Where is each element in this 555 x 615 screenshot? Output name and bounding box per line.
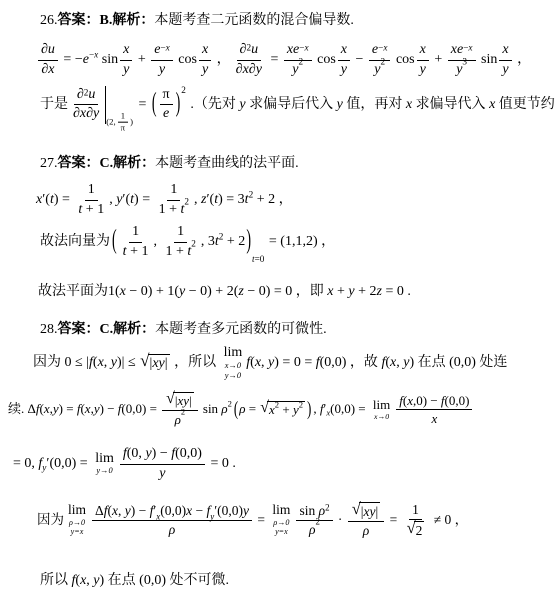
formula-27-normal-plane: 故法平面为1(x − 0) + 1(y − 0) + 2(z − 0) = 0 … [38, 283, 411, 301]
math-limit: limρ→0y=x [68, 503, 86, 537]
math-text: π [121, 123, 125, 132]
problem-27-header: 27.答案：C.解析：本题考查曲线的法平面. [40, 155, 299, 173]
math-variable: xe [287, 42, 299, 59]
limit-condition: x→0 [225, 361, 241, 371]
math-text: ) 在点 (0,0) 处连 [409, 354, 507, 372]
math-text: .（先对 [187, 96, 240, 114]
math-text: 求偏导后代入 [246, 96, 337, 114]
math-text: ) [130, 116, 133, 127]
math-text: + 2 [223, 233, 245, 251]
math-text: 2 [299, 399, 303, 409]
fraction-numerator: 1 [167, 182, 180, 201]
math-text: 3 [462, 56, 467, 66]
math-text: = [267, 51, 282, 69]
math-paren-group: (ρ = √x2 + y2) [233, 401, 313, 418]
math-superscript: 3 [462, 56, 467, 67]
math-text: , [104, 354, 111, 372]
math-variable: x [468, 42, 472, 52]
math-text: ′( [42, 191, 50, 209]
math-text: )| ≤ [117, 354, 139, 372]
math-superscript: −x [463, 42, 472, 53]
fraction-numerator: π [160, 87, 173, 106]
math-text: 故法向量为 [40, 233, 110, 251]
math-text: , [194, 191, 201, 209]
math-text: + 2 [355, 283, 377, 301]
math-fraction: √|xy|ρ [348, 502, 384, 538]
math-text: ′(0,0) [214, 503, 243, 519]
math-fraction: ∂2u∂x∂y [70, 87, 102, 123]
fraction-denominator: y [156, 465, 168, 483]
math-text: = (1,1,2) ， [265, 233, 335, 251]
evaluation-bar: (2,1π) [105, 86, 133, 124]
radicand: |xy| [359, 502, 380, 520]
math-text: 27. [40, 155, 58, 173]
math-text: | [165, 356, 168, 372]
math-text: ) = [134, 191, 154, 209]
math-text: (0,0) ，故 [320, 354, 382, 372]
math-text: = 0 . [207, 455, 236, 473]
math-text: + [333, 283, 348, 301]
fraction-denominator: y [156, 61, 168, 79]
math-text: (2, [106, 116, 115, 127]
math-text: 2 [315, 516, 319, 526]
math-text: 值，再对 [343, 96, 406, 114]
formula-28-differentiability-limit: 因为limρ→0y=xΔf(x, y) − f′x(0,0)x − fy′(0,… [37, 502, 468, 538]
math-sqrt: √|xy| [140, 354, 169, 372]
math-variable: x [383, 42, 387, 52]
math-text: ) = 3 [218, 191, 245, 209]
math-fraction: ∂2u∂x∂y [233, 42, 265, 78]
math-text: 本题考查多元函数的可微性. [155, 321, 327, 339]
math-fraction: xy [199, 42, 211, 78]
math-text: ) = 0 = [274, 354, 315, 372]
formula-28-partial-y: = 0, fy′(0,0) = limy→0f(0, y) − f(0,0)y … [13, 446, 236, 482]
fraction-numerator: x [338, 42, 350, 61]
math-text: 1 [88, 182, 95, 199]
math-text: 2 [380, 56, 385, 66]
math-superscript: 2 [191, 238, 196, 249]
math-variable: u [88, 87, 95, 104]
math-text: 2 [416, 523, 423, 539]
radicand: |xy| [148, 354, 170, 372]
math-text: + [279, 403, 293, 418]
math-text: (0, [127, 446, 146, 463]
math-text: ) − [152, 446, 172, 463]
math-variable: y [202, 62, 208, 79]
math-text: 26. [40, 12, 58, 30]
math-text: 2 [219, 231, 224, 241]
math-variable: ∂x [41, 62, 54, 79]
math-limit: limx→0y→0 [224, 346, 243, 381]
math-text: − 0) + 2( [185, 283, 238, 301]
math-superscript: −x [160, 42, 169, 53]
math-fraction: 1√2 [403, 502, 429, 538]
math-text: ， [213, 51, 231, 69]
math-subscript: y [42, 462, 46, 474]
math-sqrt: √2 [407, 521, 425, 539]
fraction-numerator: ∂2u [74, 87, 99, 106]
fraction-denominator: y [199, 61, 211, 79]
math-text: 本题考查二元函数的混合偏导数. [154, 12, 354, 30]
math-superscript: 2 [315, 516, 319, 527]
fraction-numerator: x [499, 42, 511, 61]
math-limit: limy→0 [95, 452, 114, 477]
math-limit: limx→0 [373, 398, 390, 421]
problem-26-header: 26.答案：B.解析：本题考查二元函数的混合偏导数. [40, 12, 354, 30]
math-text: 28. [40, 321, 58, 339]
bold-label: 答案：C.解析： [58, 155, 156, 173]
paren-body: πe [158, 87, 175, 123]
formula-26-evaluation: 于是∂2u∂x∂y(2,1π) = (πe)2 .（先对 y 求偏导后代入 y … [40, 86, 555, 124]
math-superscript: 2 [249, 188, 254, 200]
fraction-denominator: 1 + t2 [156, 201, 192, 219]
math-subscript: x [156, 512, 160, 523]
math-text: = [135, 96, 150, 114]
math-variable: x [502, 42, 508, 59]
math-text: ≠ 0 ， [430, 511, 468, 529]
math-text: ′( [206, 191, 214, 209]
limit-condition: x→0 [374, 412, 389, 421]
math-text: 2 [84, 87, 89, 97]
open-paren: ( [152, 87, 157, 122]
math-fraction: xe−xy3 [448, 42, 476, 78]
math-text: | [189, 394, 192, 409]
math-text: 2 [299, 56, 304, 66]
math-text: 1 [132, 224, 139, 241]
math-text: + 1 [127, 244, 149, 261]
math-variable: y [210, 512, 214, 522]
math-text: sin [200, 401, 222, 418]
math-fraction: sin ρ2ρ2 [296, 503, 332, 538]
math-variable: ∂u [41, 42, 55, 59]
math-subscript: y [210, 512, 214, 523]
formula-27-normal-vector: 故法向量为(1t + 1, 11 + t2, 3t2 + 2)t=0 = (1,… [40, 224, 335, 260]
math-variable: x [123, 42, 129, 59]
fraction-numerator: ∂2u [237, 42, 262, 61]
math-text: π [163, 87, 170, 104]
math-superscript: 2 [219, 230, 224, 242]
math-text: ) = [59, 401, 77, 418]
fraction-denominator: t + 1 [75, 201, 107, 219]
fraction-denominator: ∂x [38, 61, 57, 79]
fraction-numerator: 1 [174, 224, 187, 243]
math-variable: ∂ [240, 42, 247, 59]
math-variable: x [341, 42, 347, 59]
math-text: = 0 . [382, 283, 411, 301]
math-text: − 0) + 1( [126, 283, 179, 301]
math-text: ) = [54, 191, 74, 209]
math-text: 2 [249, 189, 254, 199]
fraction-denominator: y [338, 61, 350, 79]
math-text: =0 [255, 253, 265, 265]
math-fraction: 1t + 1 [120, 224, 152, 260]
fraction-numerator: 1 [118, 111, 128, 122]
math-text: , 3 [201, 233, 215, 251]
math-text: cos [314, 51, 336, 69]
math-variable: ρ [169, 522, 175, 538]
math-text: 1 + [159, 202, 181, 219]
fraction-numerator: √|xy| [348, 502, 384, 522]
fraction-numerator: e−x [151, 42, 173, 61]
fraction-denominator: y3 [453, 61, 470, 79]
open-paren: ( [112, 224, 117, 259]
math-text: 所以 [40, 572, 72, 590]
math-text: ) 在点 (0,0) 处不可微. [100, 572, 230, 590]
math-text: (0,0) [160, 503, 186, 519]
math-variable: ρ [363, 523, 369, 539]
math-text: 2 [275, 399, 279, 409]
math-variable: y [502, 62, 508, 79]
fraction-denominator: x [428, 410, 440, 426]
math-fraction: xe−xy2 [284, 42, 312, 78]
math-text: ,0) − [413, 393, 441, 408]
limit-word: lim [224, 346, 243, 361]
math-text: (0,0) [445, 393, 470, 408]
fraction-numerator: x [120, 42, 132, 61]
math-superscript: 2 [325, 503, 329, 514]
fraction-denominator: π [118, 122, 128, 132]
fraction-numerator: Δf(x, y) − f′x(0,0)x − fy′(0,0)y [92, 503, 252, 521]
fraction-denominator: 1 + t2 [162, 243, 198, 261]
math-fraction: xy [120, 42, 132, 78]
math-text: − [192, 503, 206, 519]
math-text: = [245, 401, 259, 418]
fraction-numerator: 1 [129, 224, 142, 243]
math-superscript: 2 [275, 400, 279, 410]
close-paren: ) [307, 397, 311, 423]
fraction-numerator: sin ρ2 [296, 503, 332, 521]
limit-word: lim [68, 503, 86, 517]
math-text: ，所以 [171, 354, 220, 372]
math-variable: y [159, 62, 165, 79]
math-variable: x [305, 42, 309, 52]
math-text: 故法平面为1( [38, 283, 120, 301]
close-paren: ) [176, 87, 181, 122]
math-fraction: xy [417, 42, 429, 78]
math-text: · [335, 511, 346, 529]
math-text: Δ [95, 503, 104, 519]
math-text: cos [392, 51, 414, 69]
close-paren: ) [246, 224, 251, 259]
limit-word: lim [272, 503, 290, 517]
math-superscript: 2 [228, 399, 232, 410]
math-fraction: πe [160, 87, 173, 123]
math-variable: x [156, 512, 160, 522]
fraction-denominator: y [120, 61, 132, 79]
math-text: 2 [228, 399, 232, 409]
math-text: − [352, 51, 367, 69]
math-text: = − [60, 51, 83, 69]
fraction-numerator: 1 [85, 182, 98, 201]
math-fraction: 1t + 1 [75, 182, 107, 218]
math-text: 求偏导代入 [412, 96, 489, 114]
math-text: ) − [100, 401, 118, 418]
fraction-numerator: f(0, y) − f(0,0) [120, 446, 205, 465]
math-variable: ∂x∂y [236, 62, 262, 79]
math-variable: u [251, 42, 258, 59]
formula-28-delta-and-partial-x: 续. Δf(x,y) = f(x,y) − f(0,0) = √|xy|ρ2 s… [8, 392, 474, 427]
fraction-denominator: ρ [360, 522, 372, 539]
math-text: 2 [181, 407, 185, 417]
math-paren-group: (πe)2 [151, 87, 186, 123]
math-text: 1 [412, 502, 419, 518]
math-fraction: f(0, y) − f(0,0)y [120, 446, 205, 482]
math-fraction: xy [499, 42, 511, 78]
math-text: + 2 ， [253, 191, 292, 209]
math-superscript: −x [378, 42, 387, 53]
math-superscript: 2 [181, 84, 186, 96]
math-text: ) − [131, 503, 150, 519]
math-text: , [261, 354, 268, 372]
math-text: 于是 [40, 96, 68, 114]
math-text: = 0, [13, 455, 38, 473]
math-text: 2 [325, 503, 329, 513]
math-text: 1 + [165, 244, 187, 261]
math-variable: x [326, 407, 330, 417]
limit-condition: y→0 [96, 466, 112, 476]
math-text: ， [514, 51, 532, 69]
math-sqrt: √|xy| [352, 502, 380, 520]
formula-27-derivatives: x′(t) = 1t + 1, y′(t) = 11 + t2, z′(t) =… [36, 182, 293, 218]
math-text: (0,0) [175, 446, 202, 463]
evaluation-point: (2,1π) [106, 111, 133, 132]
math-superscript: 2 [184, 196, 189, 207]
paren-body: ρ = √x2 + y2 [239, 401, 306, 418]
math-text: | [375, 504, 378, 520]
math-text: (0,0) = [330, 401, 369, 418]
math-fraction: e−xy [151, 42, 173, 78]
limit-condition: y→0 [225, 371, 241, 381]
math-fraction: 11 + t2 [156, 182, 192, 218]
math-text: ′(0,0) = [46, 455, 91, 473]
math-text: 1 [170, 182, 177, 199]
math-text: , [118, 503, 125, 519]
formula-26-partial-derivatives: ∂u∂x = −e−x sinxy + e−xy cosxy ，∂2u∂x∂y … [36, 42, 531, 78]
math-superscript: 2 [84, 87, 89, 98]
math-variable: y [159, 466, 165, 483]
fraction-denominator: √2 [403, 520, 429, 539]
math-variable: x [94, 49, 98, 59]
math-limit: limρ→0y=x [272, 503, 290, 537]
fraction-denominator: ∂x∂y [233, 61, 265, 79]
math-fraction: 1π [118, 111, 128, 132]
problem-28-header: 28.答案：C.解析：本题考查多元函数的可微性. [40, 321, 327, 339]
math-text: 续. Δ [8, 401, 36, 418]
math-text: sin [98, 51, 118, 69]
fraction-denominator: t + 1 [120, 243, 152, 261]
math-text: 1 [177, 224, 184, 241]
bold-label: 答案：B.解析： [58, 12, 155, 30]
fraction-numerator: x [199, 42, 211, 61]
math-text: , [153, 233, 160, 251]
math-text: 值更节约时间）. [495, 96, 555, 114]
formula-28-continuity: 因为 0 ≤ |f(x, y)| ≤ √|xy| ，所以 limx→0y→0f(… [33, 346, 507, 381]
math-superscript: 2 [380, 56, 385, 67]
math-fraction: e−xy2 [369, 42, 391, 78]
math-text: (0,0) = [121, 401, 160, 418]
fraction-denominator: e [160, 105, 172, 123]
math-variable: e [163, 106, 169, 123]
math-text: − 0) = 0 ，即 [244, 283, 327, 301]
math-variable: y [123, 62, 129, 79]
fraction-denominator: ρ2 [306, 521, 323, 538]
radicand: 2 [414, 521, 425, 539]
limit-condition: y=x [275, 527, 288, 537]
math-superscript: −x [299, 42, 308, 53]
fraction-numerator: x [417, 42, 429, 61]
math-text: 2 [246, 42, 251, 52]
math-text: + 1 [82, 202, 104, 219]
math-text: + [134, 51, 149, 69]
math-variable: x [166, 42, 170, 52]
math-variable: ∂ [77, 87, 84, 104]
paren-body: 1t + 1, 11 + t2, 3t2 + 2 [118, 224, 246, 260]
document-page: 26.答案：B.解析：本题考查二元函数的混合偏导数. ∂u∂x = −e−x s… [0, 0, 555, 615]
math-text: = [254, 511, 268, 529]
math-text: 2 [191, 238, 196, 248]
math-text: 2 [184, 196, 189, 206]
math-text: = [386, 511, 400, 529]
limit-word: lim [95, 452, 114, 467]
math-fraction: f(x,0) − f(0,0)x [396, 393, 472, 427]
math-superscript: 2 [299, 56, 304, 67]
math-superscript: 2 [246, 42, 251, 53]
math-paren-group: (1t + 1, 11 + t2, 3t2 + 2)t=0 [111, 224, 264, 260]
limit-condition: ρ→0 [273, 518, 289, 528]
math-variable: y [42, 463, 46, 473]
open-paren: ( [234, 397, 238, 423]
fraction-denominator: ρ [166, 521, 178, 538]
bold-label: 答案：C.解析： [58, 321, 156, 339]
math-fraction: 11 + t2 [162, 224, 198, 260]
math-variable: x [431, 411, 437, 426]
limit-condition: y=x [71, 527, 84, 537]
fraction-denominator: y2 [371, 61, 388, 79]
limit-word: lim [373, 398, 390, 412]
math-variable: y [420, 62, 426, 79]
math-fraction: xy [338, 42, 350, 78]
math-variable: xe [451, 42, 463, 59]
math-superscript: 2 [181, 407, 185, 417]
math-variable: x [202, 42, 208, 59]
math-text: 1 [121, 111, 125, 120]
math-fraction: √|xy|ρ2 [162, 392, 197, 427]
math-text: cos [175, 51, 197, 69]
math-subscript: t=0 [252, 253, 264, 265]
math-text: 因为 [37, 511, 64, 529]
fraction-numerator: ∂u [38, 42, 58, 61]
math-fraction: ∂u∂x [38, 42, 58, 78]
fraction-denominator: ∂x∂y [70, 105, 102, 123]
math-variable: ∂x∂y [73, 106, 99, 123]
math-text: sin [478, 51, 498, 69]
radicand: x2 + y2 [267, 401, 305, 418]
formula-28-conclusion: 所以 f(x, y) 在点 (0,0) 处不可微. [40, 572, 229, 590]
fraction-denominator: y [417, 61, 429, 79]
limit-condition: ρ→0 [69, 518, 85, 528]
math-superscript: −x [89, 48, 98, 60]
math-sqrt: √x2 + y2 [260, 401, 305, 418]
math-fraction: Δf(x, y) − f′x(0,0)x − fy′(0,0)yρ [92, 503, 252, 538]
math-text: 本题考查曲线的法平面. [155, 155, 299, 173]
math-variable: xy [364, 504, 376, 520]
fraction-numerator: f(x,0) − f(0,0) [396, 393, 472, 410]
math-variable: xy [152, 356, 164, 372]
math-text: 2 [181, 85, 186, 95]
math-subscript: x [326, 407, 330, 418]
math-text: ′( [122, 191, 130, 209]
fraction-denominator: y [499, 61, 511, 79]
